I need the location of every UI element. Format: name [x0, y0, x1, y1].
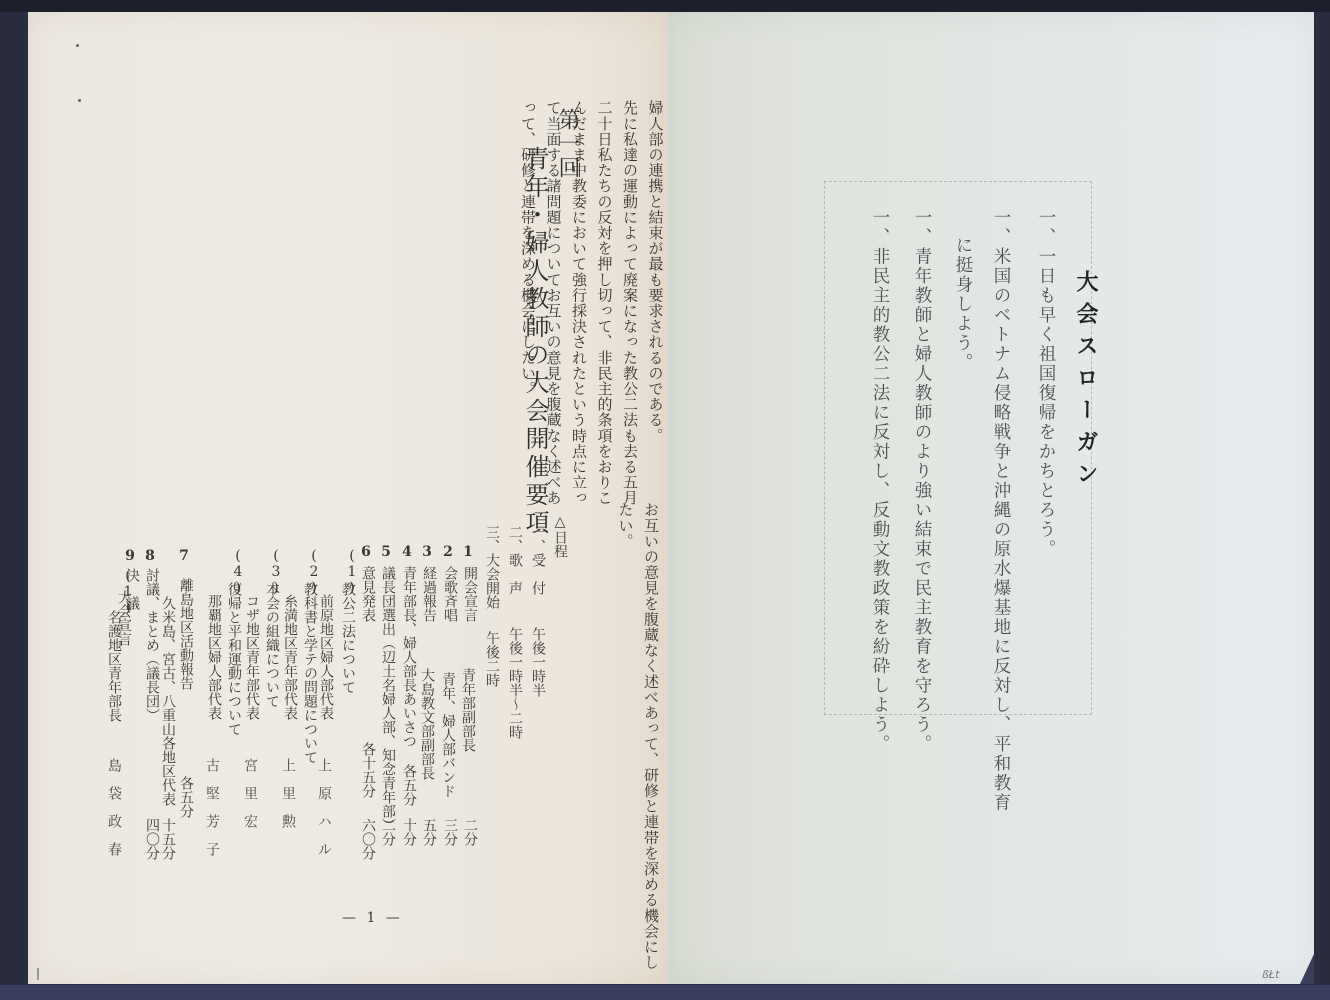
program-item: 討議、まとめ（議長団）	[142, 568, 162, 722]
opinion-presenter-name: 宮 里 宏	[240, 758, 260, 828]
program-number: 2	[440, 544, 456, 560]
resolution-presenter-name: 島 袋 政 春	[104, 758, 124, 856]
program-person: 青年、婦人部バンド	[438, 672, 458, 798]
opinion-presenter: 那覇地区婦人部代表	[204, 594, 224, 720]
program-number: 9	[122, 548, 138, 564]
opinion-presenter: コザ地区青年部代表	[242, 594, 262, 720]
program-number: 3	[419, 544, 435, 560]
program-duration: 十分	[399, 818, 419, 846]
paper-speck	[76, 44, 79, 47]
opinion-presenter: 糸満地区青年部代表	[280, 594, 300, 720]
slogan-title: 大会スローガン	[1070, 270, 1101, 494]
program-number: 8	[142, 548, 158, 564]
program-duration: 二分	[460, 818, 480, 846]
resolution-presenter: 名護地区青年部長	[104, 610, 124, 722]
program-note: 各十五分	[358, 742, 378, 798]
slogan-item: 一、米国のベトナム侵略戦争と沖縄の原水爆基地に反対し、平和教育	[989, 208, 1014, 813]
program-item: 開会宣言	[460, 566, 480, 622]
program-number: 1	[460, 544, 476, 560]
scanner-background	[0, 0, 1330, 12]
schedule-item: 一、受 付午後一時半	[528, 525, 548, 697]
program-number: 7	[176, 548, 192, 564]
program-duration: 五分	[419, 818, 439, 846]
slogan-item: 一、非民主的教公二法に反対し、反動文教政策を紛砕しよう。	[868, 208, 893, 754]
schedule-item: 三、大会開始午後二時	[482, 525, 502, 687]
program-duration: 六〇分	[358, 818, 378, 860]
opinion-topic: 本会の組織について	[262, 582, 282, 708]
program-item: 意見発表	[358, 566, 378, 622]
program-duration: 四〇分	[142, 818, 162, 860]
program-item: 議長団選出（辺土名婦人部、知念青年部）	[378, 566, 398, 832]
schedule-item: 二、歌 声午後一時半〜二時	[505, 525, 525, 739]
opinion-topic: 教公二法について	[338, 582, 358, 694]
program-number: 4	[399, 544, 415, 560]
slogan-item: 一、一日も早く祖国復帰をかちとろう。	[1034, 208, 1059, 559]
program-item: 青年部長、婦人部長あいさつ	[399, 566, 419, 748]
opinion-topic: 復帰と平和運動について	[224, 582, 244, 736]
slogan-item-continuation: に挺身しよう。	[951, 236, 976, 373]
program-duration: 三分	[440, 818, 460, 846]
opinion-presenter-name: 上 里 勲	[278, 758, 298, 828]
page-number: — 1 —	[342, 910, 403, 926]
program-person: 大島教文部副部長	[417, 668, 437, 780]
program-duration: 二分	[378, 818, 398, 846]
schedule-heading: △日程	[550, 514, 570, 558]
scanner-background	[0, 985, 1330, 1000]
paper-speck	[78, 99, 81, 102]
program-item: 経過報告	[419, 566, 439, 622]
opinion-presenter-name: 上 原 ハ ル	[314, 758, 334, 856]
program-note: 各五分	[176, 776, 196, 818]
opinion-topic: 教科書と学テの問題について	[300, 582, 320, 764]
pencil-mark	[37, 968, 39, 980]
program-note: 各五分	[399, 764, 419, 806]
slogan-item: 一、青年教師と婦人教師のより強い結束で民主教育を守ろう。	[910, 208, 935, 754]
handwritten-margin-note: ßŁt	[1262, 968, 1279, 981]
program-number: 5	[378, 544, 394, 560]
program-item: 離島地区活動報告	[176, 578, 196, 690]
program-person: 青年部副部長	[458, 668, 478, 752]
program-item: 会歌斉唱	[440, 566, 460, 622]
opinion-presenter-name: 古 堅 芳 子	[202, 758, 222, 856]
purpose-paragraph: 先に私達の運動によって廃案になった教公二法も去る五月二十日私たちの反対を押し切っ…	[515, 100, 643, 510]
program-number: 6	[358, 544, 374, 560]
